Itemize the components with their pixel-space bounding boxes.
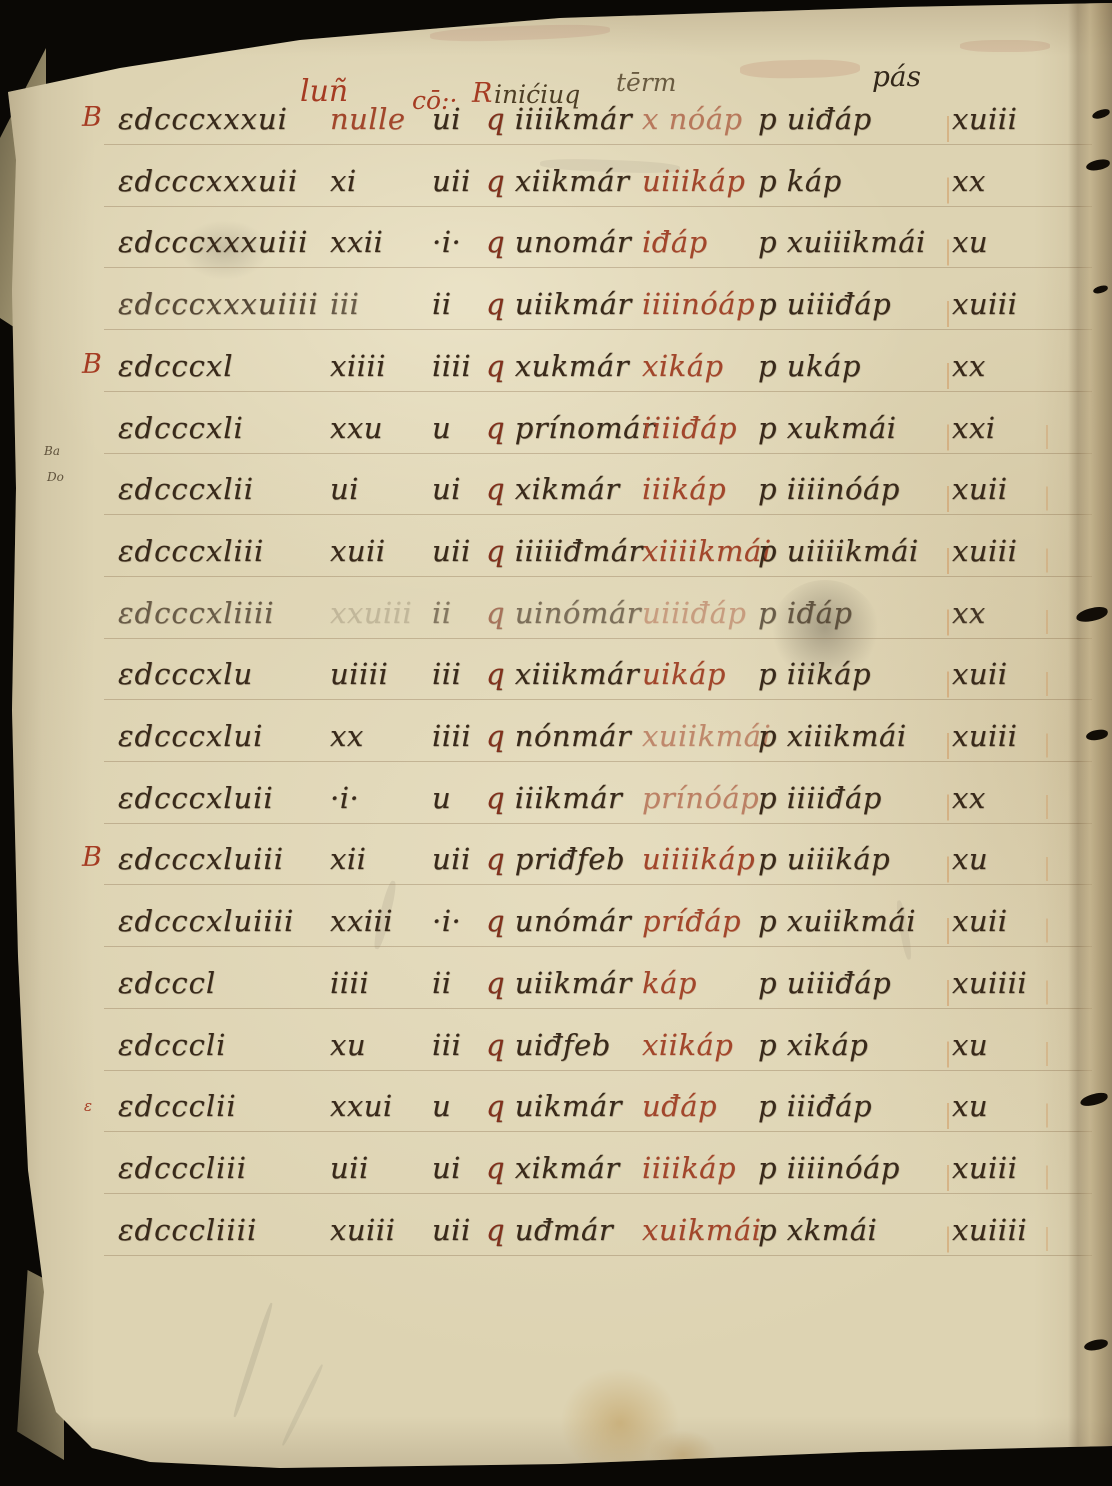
q-initial: q: [486, 287, 505, 321]
terminus-cell: xiiiikmái: [642, 534, 772, 568]
pascha-cell: p iiikáp: [758, 657, 871, 691]
ruling-line: [104, 576, 1092, 577]
pascha-cell: p iiiinóáp: [758, 1151, 900, 1185]
epact-cell: ·i·: [330, 781, 359, 815]
pascha-cell: p uiiikáp: [758, 842, 890, 876]
q-initial: q: [486, 657, 505, 691]
column-header-terminus: tērm: [616, 68, 677, 97]
bleed-mark: [740, 59, 860, 79]
quadragesima-cell: q xiiikmár: [486, 657, 639, 691]
year-cell: ɛdcccliiii: [118, 1213, 257, 1247]
luna-cell: xuii: [952, 472, 1008, 506]
epact-cell: nulle: [330, 102, 406, 136]
bleed-mark: [430, 23, 610, 43]
year-cell: ɛdccclii: [118, 1089, 237, 1123]
quadragesima-cell: q unomár: [486, 225, 631, 259]
epact-cell: iiii: [330, 966, 369, 1000]
luna-cell: xu: [952, 1028, 988, 1062]
q-initial: q: [486, 966, 505, 1000]
terminus-cell: uiiiđáp: [642, 596, 746, 630]
terminus-cell: uđáp: [642, 1089, 717, 1123]
q-initial: q: [486, 349, 505, 383]
table-row: ɛdcccxlu uiiii iii q xiiikmár uikáp p ii…: [0, 657, 1112, 711]
concurrent-cell: u: [432, 411, 451, 445]
concurrent-cell: uii: [432, 842, 471, 876]
table-row: ɛdcccxluii ·i· u q iiikmár prínóáp p iii…: [0, 781, 1112, 835]
bissextile-marker: ɛ: [84, 1097, 93, 1115]
q-initial: q: [486, 1213, 505, 1247]
quadragesima-cell: q iiiikmár: [486, 102, 632, 136]
ruling-line: [104, 1070, 1092, 1071]
ruling-line: [104, 329, 1092, 330]
concurrent-cell: ui: [432, 102, 461, 136]
terminus-cell: iđáp: [642, 225, 708, 259]
concurrent-cell: ·i·: [432, 904, 461, 938]
terminus-cell: uikáp: [642, 657, 726, 691]
concurrent-cell: u: [432, 1089, 451, 1123]
year-cell: ɛdcccxxxuii: [118, 164, 298, 198]
bissextile-marker: B: [82, 102, 102, 133]
year-cell: ɛdcccxluii: [118, 781, 274, 815]
q-initial: q: [486, 719, 505, 753]
concurrent-cell: iii: [432, 657, 461, 691]
epact-cell: xi: [330, 164, 357, 198]
concurrent-cell: ii: [432, 966, 452, 1000]
pascha-cell: p xiiikmái: [758, 719, 907, 753]
q-initial: q: [486, 596, 505, 630]
table-row: ɛdcccxxxuii xi uii q xiikmár uiiikáp p k…: [0, 164, 1112, 218]
concurrent-cell: uii: [432, 164, 471, 198]
concurrent-cell: iii: [432, 1028, 461, 1062]
epact-cell: xxu: [330, 411, 383, 445]
bissextile-marker: B: [82, 349, 102, 380]
q-initial: q: [486, 1028, 505, 1062]
table-row: B ɛdcccxxxui nulle ui q iiiikmár x nóáp …: [0, 102, 1112, 156]
ruling-line: [104, 391, 1092, 392]
parchment-page: luñ cō:· R inićiuq tērm pás Ba Do B ɛdcc…: [0, 0, 1112, 1486]
quadragesima-cell: q uikmár: [486, 1089, 622, 1123]
terminus-cell: xiikáp: [642, 1028, 733, 1062]
luna-cell: xuii: [952, 657, 1008, 691]
ruling-line: [104, 761, 1092, 762]
q-initial: q: [486, 1089, 505, 1123]
table-row: ɛdcccxluiiii xxiii ·i· q unómár príđáp p…: [0, 904, 1112, 958]
terminus-cell: príđáp: [642, 904, 741, 938]
quadragesima-cell: q iiiiiđmár: [486, 534, 643, 568]
luna-cell: xuiii: [952, 1151, 1017, 1185]
pascha-cell: p ukáp: [758, 349, 861, 383]
terminus-cell: káp: [642, 966, 697, 1000]
year-cell: ɛdcccxlii: [118, 472, 254, 506]
year-cell: ɛdcccxliii: [118, 534, 264, 568]
terminus-cell: x nóáp: [642, 102, 743, 136]
ruling-line: [104, 1193, 1092, 1194]
luna-cell: xuiii: [952, 534, 1017, 568]
terminus-cell: iiiiđáp: [642, 411, 737, 445]
table-row: ɛdcccxli xxu u q prínomár iiiiđáp p xukm…: [0, 411, 1112, 465]
scratch-mark: [281, 1363, 325, 1446]
concurrent-cell: iiii: [432, 719, 471, 753]
q-initial: q: [486, 781, 505, 815]
q-initial: q: [486, 164, 505, 198]
pascha-cell: p uiiiikmái: [758, 534, 919, 568]
ruling-line: [104, 638, 1092, 639]
table-row: ɛdcccxlii ui ui q xikmár iiikáp p iiiinó…: [0, 472, 1112, 526]
ruling-line: [104, 823, 1092, 824]
epact-cell: xxii: [330, 225, 383, 259]
terminus-cell: iiiikáp: [642, 1151, 736, 1185]
terminus-cell: uiiiikáp: [642, 842, 755, 876]
concurrent-cell: ·i·: [432, 225, 461, 259]
stain: [648, 1430, 718, 1480]
pascha-cell: p iđáp: [758, 596, 852, 630]
quadragesima-cell: q unómár: [486, 904, 631, 938]
luna-cell: xuiiii: [952, 1213, 1027, 1247]
terminus-cell: xuikmái: [642, 1213, 761, 1247]
pascha-cell: p uiiiđáp: [758, 966, 891, 1000]
terminus-cell: iiikáp: [642, 472, 726, 506]
concurrent-cell: uii: [432, 534, 471, 568]
luna-cell: xx: [952, 781, 986, 815]
epact-cell: xiiii: [330, 349, 386, 383]
q-initial: q: [486, 472, 505, 506]
scratch-mark: [232, 1302, 275, 1418]
year-cell: ɛdcccxl: [118, 349, 233, 383]
luna-cell: xuii: [952, 904, 1008, 938]
table-row: ɛdcccxliii xuii uii q iiiiiđmár xiiiikmá…: [0, 534, 1112, 588]
quadragesima-cell: q priđfeb: [486, 842, 625, 876]
ruling-line: [104, 1255, 1092, 1256]
year-cell: ɛdcccxxxuiii: [118, 225, 308, 259]
ruling-line: [104, 206, 1092, 207]
concurrent-cell: uii: [432, 1213, 471, 1247]
luna-cell: xx: [952, 349, 986, 383]
year-cell: ɛdcccli: [118, 1028, 226, 1062]
table-row: B ɛdcccxluiii xii uii q priđfeb uiiiikáp…: [0, 842, 1112, 896]
table-row: ɛdcccliii uii ui q xikmár iiiikáp p iiii…: [0, 1151, 1112, 1205]
year-cell: ɛdcccliii: [118, 1151, 247, 1185]
luna-cell: xx: [952, 596, 986, 630]
ruling-line: [104, 1131, 1092, 1132]
year-cell: ɛdcccxlu: [118, 657, 253, 691]
q-initial: q: [486, 842, 505, 876]
terminus-cell: uiiikáp: [642, 164, 745, 198]
epact-cell: ui: [330, 472, 359, 506]
epact-cell: iii: [330, 287, 359, 321]
luna-cell: xx: [952, 164, 986, 198]
quadragesima-cell: q prínomár: [486, 411, 655, 445]
table-row: ɛdcccliiii xuiii uii q uđmár xuikmái p x…: [0, 1213, 1112, 1267]
terminus-cell: prínóáp: [642, 781, 759, 815]
pascha-cell: p xuiikmái: [758, 904, 916, 938]
table-row: ɛdcccxxxuiiii iii ii q uiikmár iiiinóáp …: [0, 287, 1112, 341]
pascha-cell: p xukmái: [758, 411, 896, 445]
concurrent-cell: ui: [432, 472, 461, 506]
table-row: ɛ ɛdccclii xxui u q uikmár uđáp p iiiđáp…: [0, 1089, 1112, 1143]
table-row: ɛdcccli xu iii q uiđfeb xiikáp p xikáp x…: [0, 1028, 1112, 1082]
ruling-line: [104, 884, 1092, 885]
luna-cell: xuiii: [952, 287, 1017, 321]
pascha-cell: p iiiđáp: [758, 1089, 872, 1123]
quadragesima-cell: q iiikmár: [486, 781, 622, 815]
luna-cell: xuiii: [952, 719, 1017, 753]
pascha-cell: p iiiinóáp: [758, 472, 900, 506]
year-cell: ɛdcccxli: [118, 411, 244, 445]
epact-cell: uii: [330, 1151, 369, 1185]
luna-cell: xuiii: [952, 102, 1017, 136]
pascha-cell: p uiiiđáp: [758, 287, 891, 321]
luna-cell: xu: [952, 842, 988, 876]
quadragesima-cell: q xiikmár: [486, 164, 629, 198]
ruling-line: [104, 514, 1092, 515]
year-cell: ɛdcccxxxuiiii: [118, 287, 319, 321]
terminus-cell: xikáp: [642, 349, 724, 383]
manuscript-photo: luñ cō:· R inićiuq tērm pás Ba Do B ɛdcc…: [0, 0, 1112, 1486]
bissextile-marker: B: [82, 842, 102, 873]
ruling-line: [104, 453, 1092, 454]
terminus-cell: iiiinóáp: [642, 287, 755, 321]
quadragesima-cell: q uiikmár: [486, 966, 632, 1000]
quadragesima-cell: q xikmár: [486, 1151, 620, 1185]
epact-cell: xx: [330, 719, 364, 753]
table-row: ɛdcccxliiii xxuiii ii q uinómár uiiiđáp …: [0, 596, 1112, 650]
concurrent-cell: iiii: [432, 349, 471, 383]
binding-edge: [1068, 0, 1112, 1486]
pascha-cell: p xikáp: [758, 1028, 868, 1062]
year-cell: ɛdcccxluiiii: [118, 904, 294, 938]
concurrent-cell: ii: [432, 596, 452, 630]
quadragesima-cell: q nónmár: [486, 719, 631, 753]
luna-cell: xuiiii: [952, 966, 1027, 1000]
pascha-cell: p xkmái: [758, 1213, 877, 1247]
bleed-mark: [960, 40, 1050, 52]
column-header-pascha: pás: [872, 60, 921, 93]
ruling-line: [104, 267, 1092, 268]
quadragesima-cell: q xikmár: [486, 472, 620, 506]
epact-cell: uiiii: [330, 657, 388, 691]
ruling-line: [104, 1008, 1092, 1009]
concurrent-cell: u: [432, 781, 451, 815]
q-initial: q: [486, 1151, 505, 1185]
year-cell: ɛdcccxluiii: [118, 842, 284, 876]
q-initial: q: [486, 904, 505, 938]
pascha-cell: p uiđáp: [758, 102, 872, 136]
ruling-line: [104, 144, 1092, 145]
concurrent-cell: ii: [432, 287, 452, 321]
table-row: ɛdcccxxxuiii xxii ·i· q unomár iđáp p xu…: [0, 225, 1112, 279]
table-row: B ɛdcccxl xiiii iiii q xukmár xikáp p uk…: [0, 349, 1112, 403]
epact-cell: xxiii: [330, 904, 393, 938]
quadragesima-cell: q xukmár: [486, 349, 629, 383]
year-cell: ɛdcccxxxui: [118, 102, 288, 136]
year-cell: ɛdcccl: [118, 966, 216, 1000]
concurrent-cell: ui: [432, 1151, 461, 1185]
quadragesima-cell: q uiikmár: [486, 287, 632, 321]
epact-cell: xuii: [330, 534, 386, 568]
q-initial: q: [486, 102, 505, 136]
year-cell: ɛdcccxliiii: [118, 596, 275, 630]
ruling-line: [104, 699, 1092, 700]
quadragesima-cell: q uđmár: [486, 1213, 613, 1247]
pascha-cell: p xuiiikmái: [758, 225, 926, 259]
epact-cell: xuiii: [330, 1213, 395, 1247]
q-initial: q: [486, 534, 505, 568]
table-row: ɛdcccl iiii ii q uiikmár káp p uiiiđáp x…: [0, 966, 1112, 1020]
luna-cell: xxi: [952, 411, 996, 445]
epact-cell: xxui: [330, 1089, 393, 1123]
quadragesima-cell: q uinómár: [486, 596, 641, 630]
ruling-line: [104, 946, 1092, 947]
terminus-cell: xuiikmái: [642, 719, 771, 753]
quadragesima-cell: q uiđfeb: [486, 1028, 611, 1062]
stain: [560, 1368, 680, 1478]
epact-cell: xii: [330, 842, 366, 876]
epact-cell: xu: [330, 1028, 366, 1062]
pascha-cell: p káp: [758, 164, 842, 198]
luna-cell: xu: [952, 225, 988, 259]
year-cell: ɛdcccxlui: [118, 719, 263, 753]
pascha-cell: p iiiiđáp: [758, 781, 882, 815]
luna-cell: xu: [952, 1089, 988, 1123]
q-initial: q: [486, 411, 505, 445]
epact-cell: xxuiii: [330, 596, 412, 630]
q-initial: q: [486, 225, 505, 259]
table-row: ɛdcccxlui xx iiii q nónmár xuiikmái p xi…: [0, 719, 1112, 773]
